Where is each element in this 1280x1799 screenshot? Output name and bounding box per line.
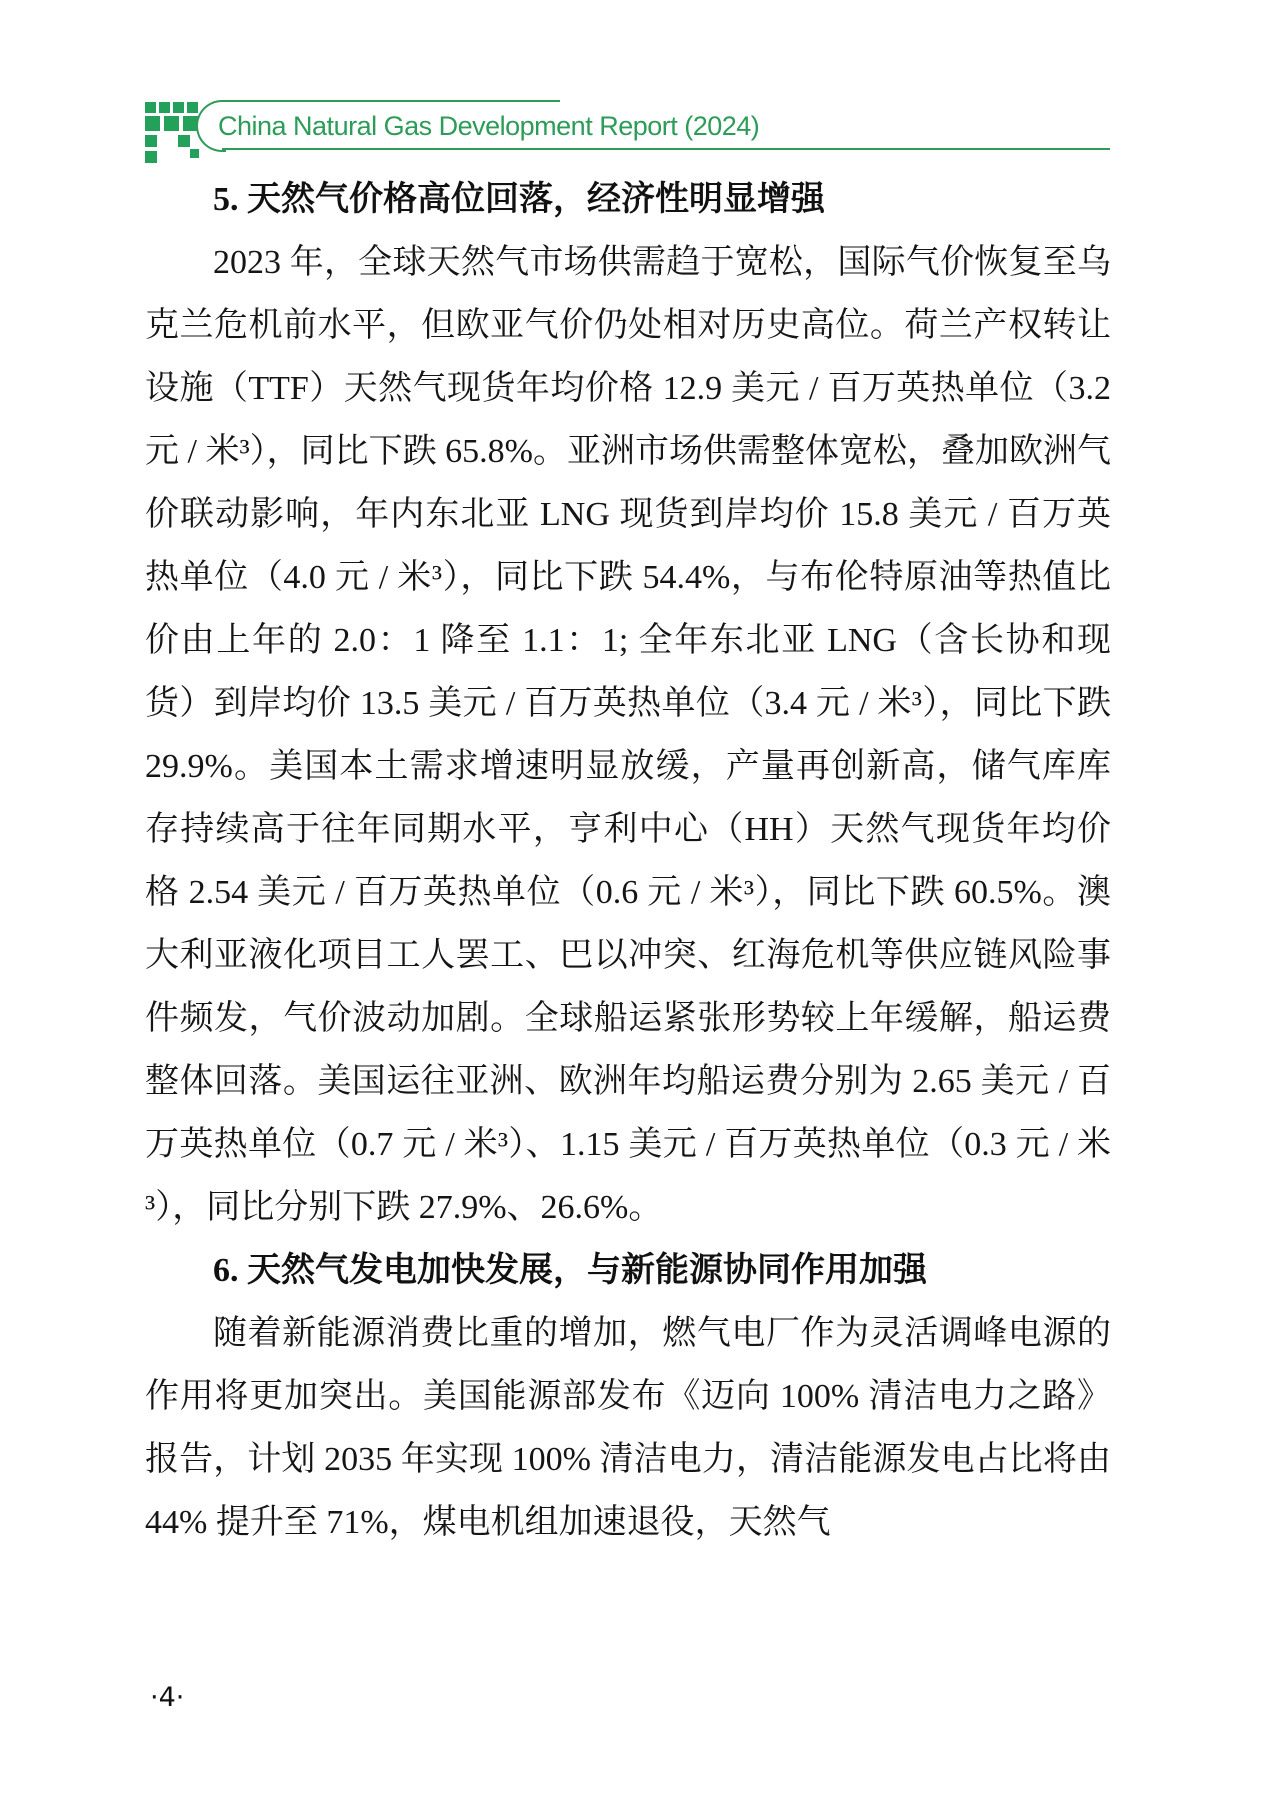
page-number: ·4·	[150, 1682, 184, 1713]
page-header: China Natural Gas Development Report (20…	[0, 0, 1280, 170]
section-6-paragraph: 随着新能源消费比重的增加，燃气电厂作为灵活调峰电源的作用将更加突出。美国能源部发…	[145, 1302, 1111, 1554]
logo-pixel-icon	[145, 102, 203, 164]
report-title: China Natural Gas Development Report (20…	[218, 106, 759, 146]
header-bottom-rule	[222, 148, 1110, 150]
document-page: China Natural Gas Development Report (20…	[0, 0, 1280, 1799]
section-5-paragraph: 2023 年，全球天然气市场供需趋于宽松，国际气价恢复至乌克兰危机前水平，但欧亚…	[145, 231, 1111, 1239]
section-heading-5: 5. 天然气价格高位回落，经济性明显增强	[145, 168, 1111, 231]
header-top-rule	[222, 100, 560, 102]
document-body: 5. 天然气价格高位回落，经济性明显增强 2023 年，全球天然气市场供需趋于宽…	[145, 168, 1111, 1554]
section-heading-6: 6. 天然气发电加快发展，与新能源协同作用加强	[145, 1239, 1111, 1302]
header-title-frame: China Natural Gas Development Report (20…	[196, 100, 1112, 152]
